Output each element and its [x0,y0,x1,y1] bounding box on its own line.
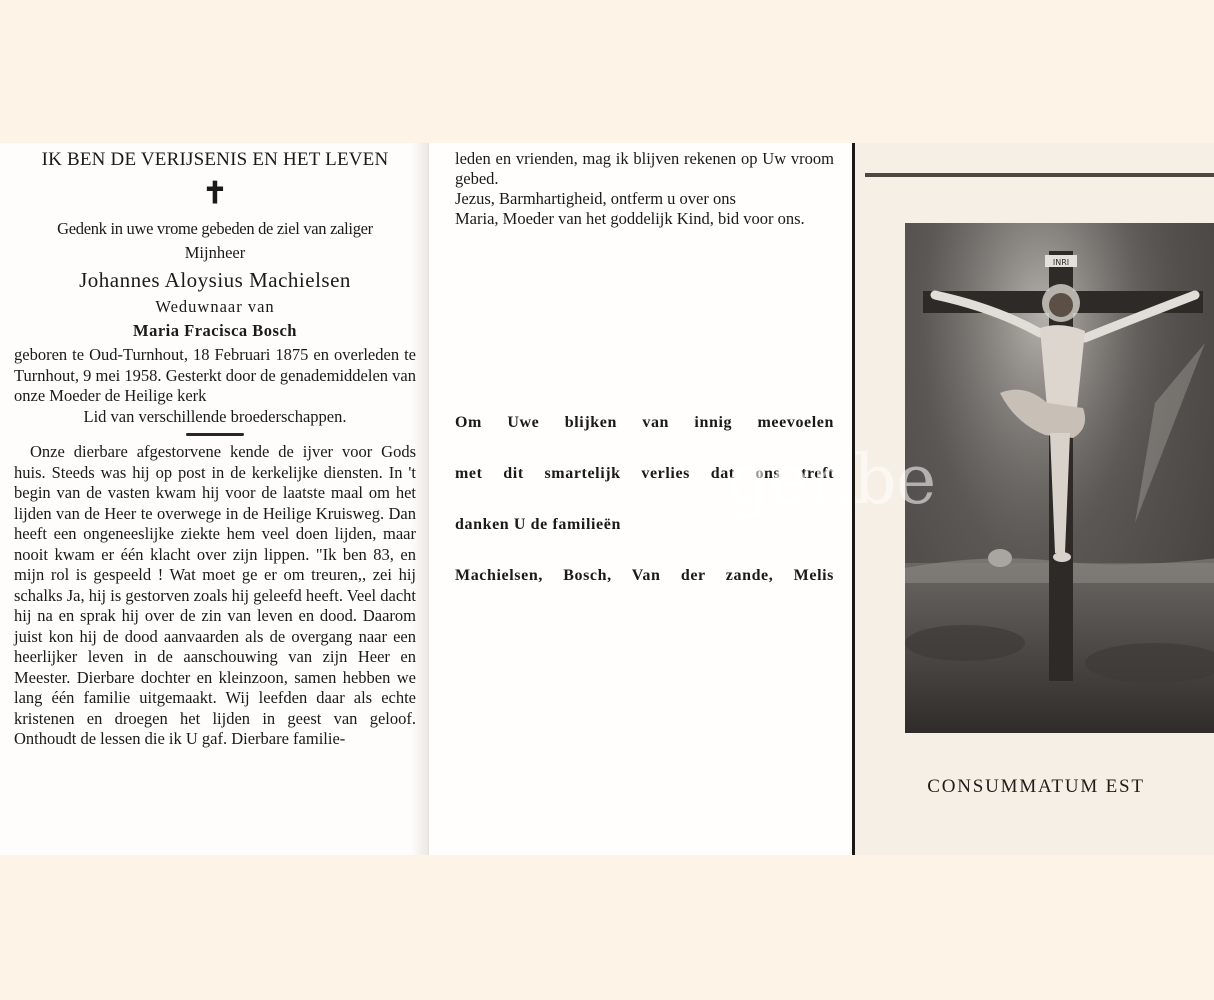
panel-left: IK BEN DE VERIJSENIS EN HET LEVEN ✝ Gede… [0,143,428,855]
family-names: Machielsen, Bosch, Van der zande, Melis [455,566,834,617]
thanks-block: Om Uwe blijken van innig meevoelen met d… [455,413,834,617]
continuation-text: leden en vrienden, mag ik blijven rekene… [455,149,834,189]
prayer-jezus: Jezus, Barmhartigheid, ontferm u over on… [455,189,834,209]
title-text: Mijnheer [14,243,416,263]
eulogy-text: Onze dierbare afgestorvene kende de ijve… [14,442,416,750]
thanks-line: danken U de familieën [455,515,834,566]
intro-text: Gedenk in uwe vrome gebeden de ziel van … [14,219,416,239]
picture-caption: CONSUMMATUM EST [855,776,1214,798]
cross-icon: ✝ [14,177,416,211]
thanks-line: met dit smartelijk verlies dat ons treft [455,464,834,515]
thanks-line: Om Uwe blijken van innig meevoelen [455,413,834,464]
spouse-name: Maria Fracisca Bosch [14,321,416,341]
crucifix-icon: INRI [905,223,1214,733]
divider-rule [186,433,244,436]
memorial-card: IK BEN DE VERIJSENIS EN HET LEVEN ✝ Gede… [0,143,1214,855]
card-heading: IK BEN DE VERIJSENIS EN HET LEVEN [14,149,416,171]
biography-text: geboren te Oud-Turnhout, 18 Februari 187… [14,345,416,407]
panel-right: INRI CONSUMMATUM EST [852,143,1214,855]
inri-label: INRI [1053,258,1069,267]
prayer-maria: Maria, Moeder van het goddelijk Kind, bi… [455,209,834,229]
deceased-name: Johannes Aloysius Machielsen [14,268,416,293]
panel-middle: leden en vrienden, mag ik blijven rekene… [428,143,852,855]
widower-label: Weduwnaar van [14,297,416,317]
crucifixion-picture: INRI [905,223,1214,733]
membership-text: Lid van verschillende broederschappen. [14,407,416,428]
bleed-through-rule [865,173,1214,187]
